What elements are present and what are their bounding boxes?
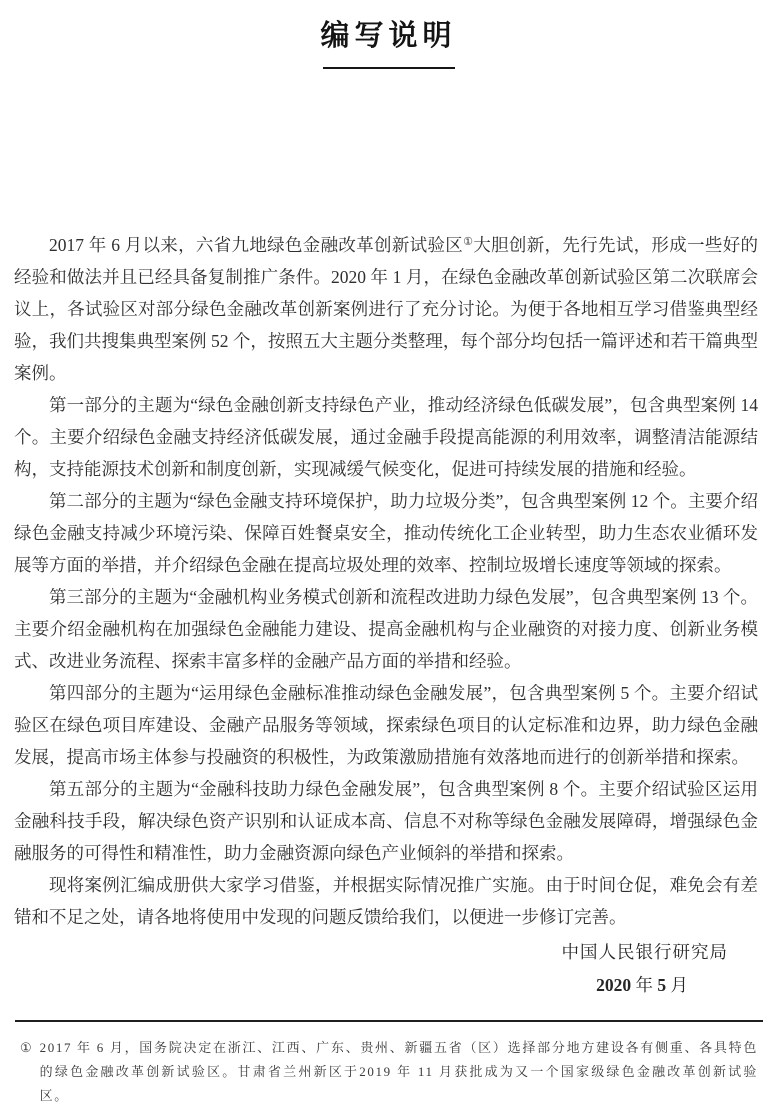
document-page: 编写说明 2017 年 6 月以来，六省九地绿色金融改革创新试验区①大胆创新，先…	[0, 0, 777, 1106]
footnote-number: ①	[20, 1036, 32, 1106]
body-text: 2017 年 6 月以来，六省九地绿色金融改革创新试验区①大胆创新，先行先试，形…	[14, 226, 758, 933]
paragraph-5: 第四部分的主题为“运用绿色金融标准推动绿色金融发展”，包含典型案例 5 个。主要…	[14, 677, 758, 773]
footnote: ① 2017 年 6 月，国务院决定在浙江、江西、广东、贵州、新疆五省（区）选择…	[20, 1036, 758, 1106]
signature-date: 2020 年 5 月	[562, 969, 729, 1002]
footnote-ref-marker: ①	[463, 236, 473, 248]
paragraph-1-rest: 大胆创新，先行先试，形成一些好的经验和做法并且已经具备复制推广条件。2020 年…	[14, 235, 758, 383]
paragraph-7: 现将案例汇编成册供大家学习借鉴，并根据实际情况推广实施。由于时间仓促，难免会有差…	[14, 869, 758, 933]
signature-date-year: 2020	[596, 975, 631, 995]
paragraph-1: 2017 年 6 月以来，六省九地绿色金融改革创新试验区①大胆创新，先行先试，形…	[14, 226, 758, 389]
paragraph-1-lead: 2017 年 6 月以来，六省九地绿色金融改革创新试验区	[49, 235, 463, 255]
paragraph-4: 第三部分的主题为“金融机构业务模式创新和流程改进助力绿色发展”，包含典型案例 1…	[14, 581, 758, 677]
paragraph-6: 第五部分的主题为“金融科技助力绿色金融发展”，包含典型案例 8 个。主要介绍试验…	[14, 773, 758, 869]
paragraph-2: 第一部分的主题为“绿色金融创新支持绿色产业，推动经济绿色低碳发展”，包含典型案例…	[14, 389, 758, 485]
title-block: 编写说明	[0, 18, 777, 69]
footnote-divider	[15, 1020, 763, 1022]
signature-date-year-label: 年	[631, 975, 657, 995]
title-underline	[323, 67, 455, 69]
page-title: 编写说明	[0, 18, 777, 54]
footnote-text: 2017 年 6 月，国务院决定在浙江、江西、广东、贵州、新疆五省（区）选择部分…	[40, 1036, 758, 1106]
signature-block: 中国人民银行研究局 2020 年 5 月	[562, 936, 729, 1002]
paragraph-3: 第二部分的主题为“绿色金融支持环境保护，助力垃圾分类”，包含典型案例 12 个。…	[14, 485, 758, 581]
signature-date-month: 5	[657, 975, 666, 995]
signature-date-month-label: 月	[666, 975, 688, 995]
signature-organization: 中国人民银行研究局	[562, 936, 729, 969]
